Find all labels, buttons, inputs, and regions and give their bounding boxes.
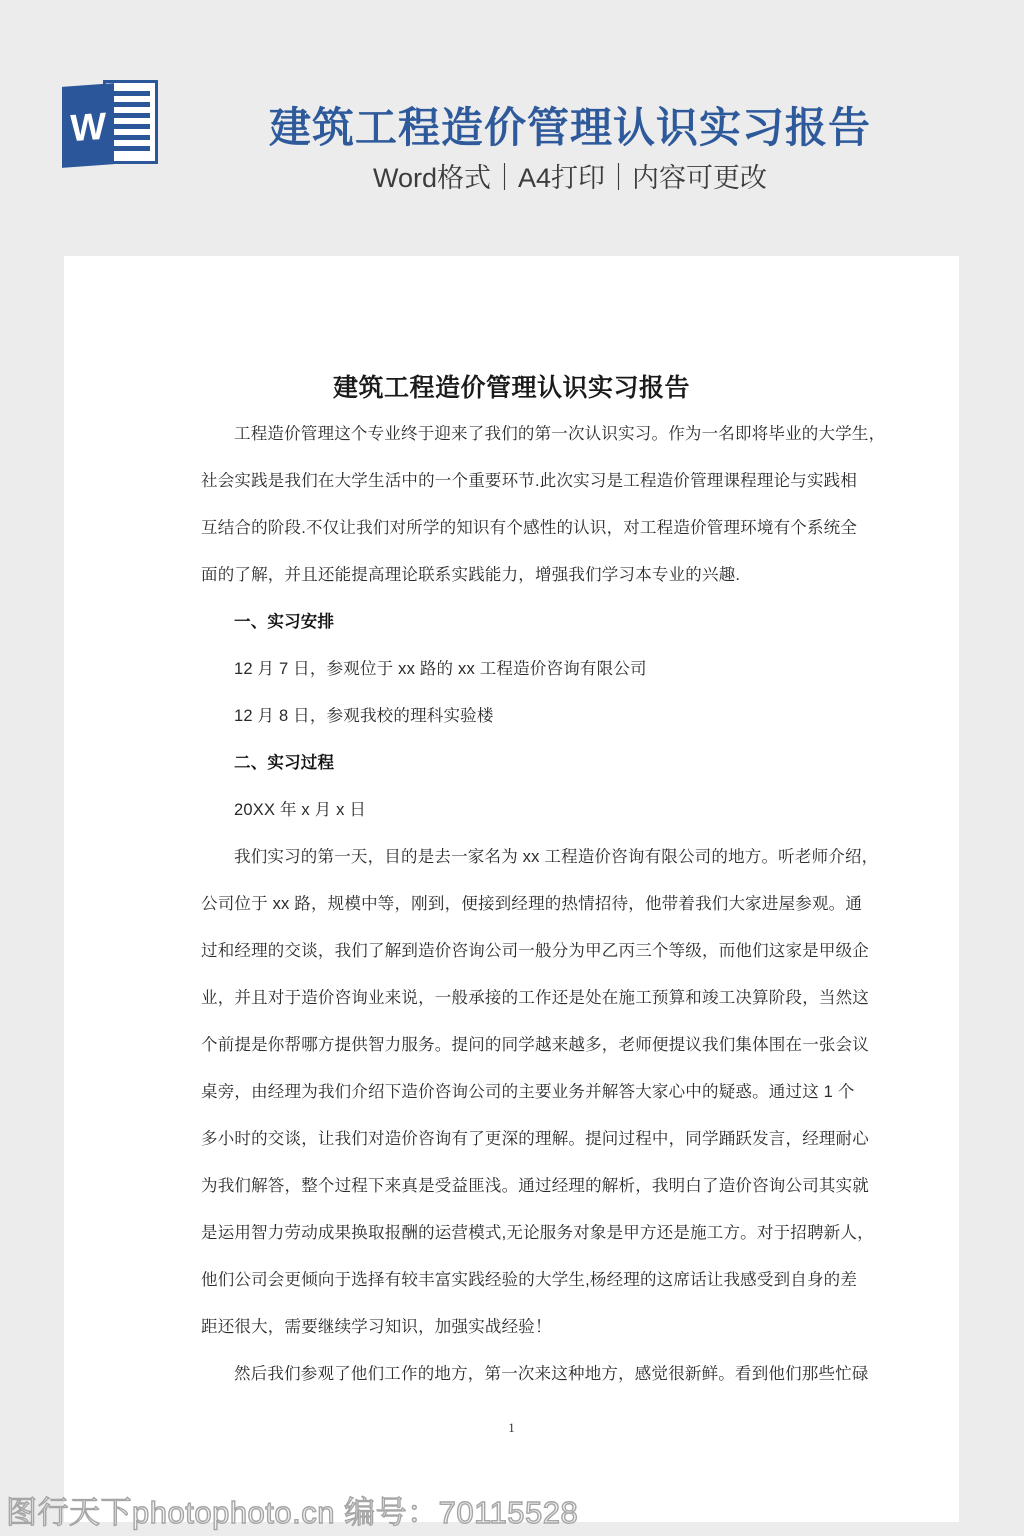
text-line: 面的了解，并且还能提高理论联系实践能力，增强我们学习本专业的兴趣. — [201, 552, 867, 599]
text-line: 然后我们参观了他们工作的地方，第一次来这种地方，感觉很新鲜。看到他们那些忙碌 — [201, 1351, 867, 1398]
text-line: 我们实习的第一天，目的是去一家名为 xx 工程造价咨询有限公司的地方。听老师介绍… — [201, 834, 867, 881]
banner-subtitle: Word格式｜A4打印｜内容可更改 — [190, 156, 950, 195]
banner: W 建筑工程造价管理认识实习报告 Word格式｜A4打印｜内容可更改 — [0, 0, 1024, 256]
document-title: 建筑工程造价管理认识实习报告 — [64, 373, 959, 403]
text-line: 是运用智力劳动成果换取报酬的运营模式,无论服务对象是甲方还是施工方。对于招聘新人… — [201, 1210, 867, 1257]
word-icon: W — [62, 78, 162, 170]
text-line: 互结合的阶段.不仅让我们对所学的知识有个感性的认识，对工程造价管理环境有个系统全 — [201, 505, 867, 552]
document-body: 工程造价管理这个专业终于迎来了我们的第一次认识实习。作为一名即将毕业的大学生，社… — [201, 411, 867, 1398]
text-line: 他们公司会更倾向于选择有较丰富实践经验的大学生,杨经理的这席话让我感受到自身的差 — [201, 1257, 867, 1304]
banner-title: 建筑工程造价管理认识实习报告 — [190, 95, 950, 155]
text-line: 个前提是你帮哪方提供智力服务。提问的同学越来越多，老师便提议我们集体围在一张会议 — [201, 1022, 867, 1069]
text-line: 20XX 年 x 月 x 日 — [201, 787, 867, 834]
text-line: 12 月 8 日，参观我校的理科实验楼 — [201, 693, 867, 740]
page-number: 1 — [64, 1420, 959, 1436]
text-line: 为我们解答，整个过程下来真是受益匪浅。通过经理的解析，我明白了造价咨询公司其实就 — [201, 1163, 867, 1210]
text-line: 过和经理的交谈，我们了解到造价咨询公司一般分为甲乙丙三个等级，而他们这家是甲级企 — [201, 928, 867, 975]
text-line: 业，并且对于造价咨询业来说，一般承接的工作还是处在施工预算和竣工决算阶段，当然这 — [201, 975, 867, 1022]
text-line: 工程造价管理这个专业终于迎来了我们的第一次认识实习。作为一名即将毕业的大学生， — [201, 411, 867, 458]
text-line: 多小时的交谈，让我们对造价咨询有了更深的理解。提问过程中，同学踊跃发言，经理耐心 — [201, 1116, 867, 1163]
text-line: 12 月 7 日，参观位于 xx 路的 xx 工程造价咨询有限公司 — [201, 646, 867, 693]
text-line: 一、实习安排 — [201, 599, 867, 646]
word-panel: W — [62, 83, 114, 168]
text-line: 二、实习过程 — [201, 740, 867, 787]
text-line: 距还很大，需要继续学习知识，加强实战经验！ — [201, 1304, 867, 1351]
document-page: 建筑工程造价管理认识实习报告 工程造价管理这个专业终于迎来了我们的第一次认识实习… — [64, 256, 959, 1522]
text-line: 桌旁，由经理为我们介绍下造价咨询公司的主要业务并解答大家心中的疑惑。通过这 1 … — [201, 1069, 867, 1116]
watermark-text: 图行天下photophoto.cn 编号：70115528 — [6, 1487, 578, 1532]
text-line: 公司位于 xx 路，规模中等，刚到，便接到经理的热情招待，他带着我们大家进屋参观… — [201, 881, 867, 928]
word-letter: W — [70, 103, 106, 148]
text-line: 社会实践是我们在大学生活中的一个重要环节.此次实习是工程造价管理课程理论与实践相 — [201, 458, 867, 505]
